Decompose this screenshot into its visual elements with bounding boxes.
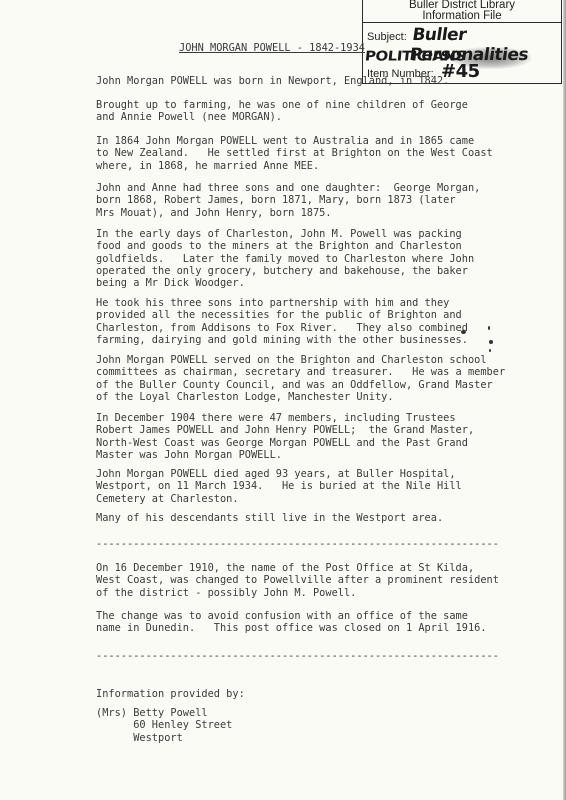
speck-mark	[489, 340, 493, 344]
paragraph: Many of his descendants still live in th…	[96, 512, 443, 524]
separator-line: ----------------------------------------…	[96, 538, 499, 550]
credit-address: (Mrs) Betty Powell 60 Henley Street West…	[96, 707, 232, 744]
subject-label: Subject:	[367, 31, 407, 43]
credit-heading: Information provided by:	[96, 688, 245, 700]
post-office-paragraph: On 16 December 1910, the name of the Pos…	[96, 562, 499, 599]
paragraph: John Morgan POWELL served on the Brighto…	[96, 354, 505, 403]
separator-line: ----------------------------------------…	[96, 650, 499, 662]
paragraph: In December 1904 there were 47 members, …	[96, 412, 474, 461]
paragraph: John Morgan POWELL was born in Newport, …	[96, 75, 449, 87]
speck-mark	[461, 330, 466, 334]
library-stamp: Buller District Library Information File…	[362, 0, 562, 84]
document-title: JOHN MORGAN POWELL - 1842-1934	[179, 42, 365, 54]
post-office-paragraph: The change was to avoid confusion with a…	[96, 610, 487, 635]
stamp-body: Subject: Buller Personalities POLITICIAN…	[363, 23, 561, 83]
speck-mark	[489, 349, 491, 352]
paragraph: Brought up to farming, he was one of nin…	[96, 99, 468, 124]
stamp-file-name: Information File	[363, 11, 561, 22]
paragraph: In 1864 John Morgan POWELL went to Austr…	[96, 135, 493, 172]
paragraph: In the early days of Charleston, John M.…	[96, 228, 474, 289]
stamp-header: Buller District Library Information File	[363, 0, 561, 23]
paragraph: John Morgan POWELL died aged 93 years, a…	[96, 468, 462, 505]
paragraph: John and Anne had three sons and one dau…	[96, 182, 480, 219]
speck-mark	[488, 326, 490, 330]
paragraph: He took his three sons into partnership …	[96, 297, 468, 346]
